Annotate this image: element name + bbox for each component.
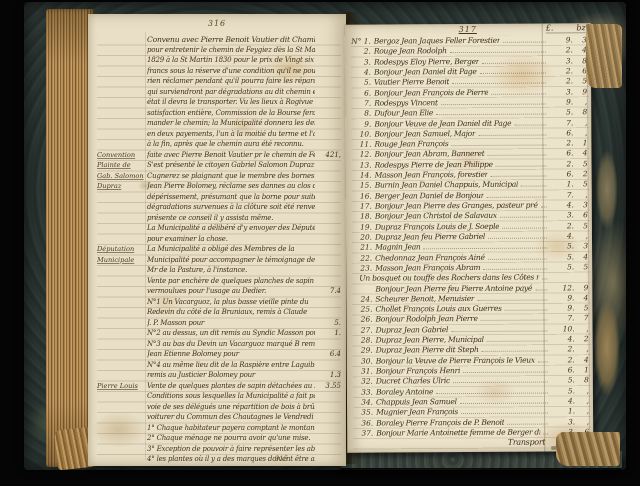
- manuscript-text: Convenu avec Pierre Benoit Vautier dit C…: [147, 35, 315, 44]
- manuscript-line: à la fin, après que le chemin aura été r…: [97, 140, 341, 151]
- entry-number: 14.: [352, 171, 375, 180]
- entry-number: 17.: [352, 202, 375, 211]
- amount-livres: 9.: [549, 97, 573, 106]
- dotted-leader: [478, 134, 546, 135]
- entry-name: Dupraz Jean Gabriel: [376, 325, 449, 334]
- entry-name: Masson Jean François, forestier: [375, 170, 488, 180]
- manuscript-text: Mr de la Pasture, à l'instance.: [147, 266, 315, 274]
- amount-batz: 5: [574, 303, 590, 312]
- left-page-manuscript: Convenu avec Pierre Benoit Vautier dit C…: [97, 35, 341, 462]
- manuscript-text: rien réclamer pendant qu'il pourra faire…: [147, 77, 315, 85]
- amount-livres: 10.: [551, 324, 575, 333]
- dotted-leader: [487, 196, 547, 197]
- manuscript-line: dépérissement, présumant que la borne po…: [97, 193, 341, 204]
- amount-livres: 6.: [549, 128, 573, 137]
- entry-number: 37.: [353, 428, 376, 437]
- right-page: 317 £. bz N° 1.Bergoz Jean Jaques Feller…: [345, 23, 594, 452]
- entry-name: Bonjour la Veuve de Pierre François le V…: [376, 355, 535, 365]
- entry-name: Rodespys Eloy Pierre, Berger: [374, 57, 479, 67]
- dotted-leader: [450, 52, 546, 54]
- manuscript-line: La Municipalité a délibéré d'y envoyer d…: [97, 224, 341, 235]
- entry-name: Burnin Jean Daniel Chappuis, Municipal: [375, 180, 519, 190]
- entry-name: Masson Jean François Abram: [375, 263, 480, 273]
- amount-column-headers: £. bz: [546, 23, 586, 33]
- transport-label: Transport: [508, 438, 546, 447]
- amount-livres: 3.: [551, 417, 575, 426]
- manuscript-text: N°2 au dessus, un dit remis au Syndic Ma…: [147, 329, 315, 337]
- line-amount: 7.4: [315, 287, 341, 295]
- manuscript-text: présente ce conseil il y assista même.: [147, 214, 315, 222]
- manuscript-text: S'est présenté le citoyen Gabriel Salomo…: [147, 161, 315, 169]
- manuscript-line: Gab. SalomonCugnerez se plaignant que le…: [97, 172, 341, 183]
- entry-name: Rouge Jean Rodolph: [374, 46, 447, 55]
- manuscript-line: 1° Chaque habitateur payera comptant le …: [97, 424, 341, 435]
- dotted-leader: [503, 42, 546, 43]
- manuscript-line: N°1 Un Vacarguoz, la plus basse vieille …: [97, 298, 341, 309]
- manuscript-text: pour entretenir le chemin de Feygiez dès…: [147, 46, 315, 54]
- entry-number: 30.: [353, 356, 376, 365]
- manuscript-line: DuprazJean Pierre Bolomey, réclame ses d…: [97, 182, 341, 193]
- dotted-leader: [441, 103, 546, 105]
- dotted-leader: [483, 268, 547, 269]
- amount-livres: 5.: [551, 376, 575, 385]
- amount-batz: 5: [574, 262, 590, 271]
- amount-batz: ,: [575, 407, 591, 416]
- amount-livres: 5.: [550, 252, 574, 261]
- manuscript-text: 4° les plantes où il y a des marques doi…: [147, 455, 315, 463]
- entry-number: 12.: [351, 150, 374, 159]
- manuscript-line: remis au Justicier Bolomey pour1.3: [97, 371, 341, 382]
- manuscript-line: 3° Exception de pouvoir à faire représen…: [97, 445, 341, 456]
- dotted-leader: [505, 310, 548, 311]
- dotted-leader: [488, 237, 547, 238]
- amount-batz: 3: [574, 242, 590, 251]
- amount-livres: 5.: [551, 386, 575, 395]
- line-amount: 5.: [315, 319, 341, 327]
- amount-livres: 1.: [550, 180, 574, 189]
- manuscript-text: 1° Chaque habitateur payera comptant le …: [147, 424, 315, 432]
- manuscript-line: rien réclamer pendant qu'il pourra faire…: [97, 77, 341, 88]
- manuscript-line: vermoulues pour l'usage au Dedier.7.4: [97, 287, 341, 298]
- dotted-leader: [487, 155, 546, 156]
- amount-livres: 5.: [550, 242, 574, 251]
- entry-name: Dupraz Jean feu Pierre Gabriel: [375, 232, 485, 242]
- worn-leather-corner-top-right: [586, 24, 622, 88]
- entry-number: N° 1.: [351, 37, 374, 46]
- entry-name: Bonjour Jean Pierre des Granges, pasteur…: [375, 201, 539, 211]
- amount-batz: ,: [575, 324, 591, 333]
- entry-name: Rodespys Pierre de Jean Philippe: [375, 160, 493, 170]
- amount-livres: 2.: [551, 345, 575, 354]
- amount-batz: 7: [574, 314, 590, 323]
- amount-livres: 4.: [550, 200, 574, 209]
- manuscript-line: qui surviendront par dégradations au dit…: [97, 88, 341, 99]
- entry-name: Bonjour Jean Abram, Banneret: [374, 149, 484, 159]
- manuscript-text: N°1 Un Vacarguoz, la plus basse vieille …: [147, 298, 315, 306]
- dotted-leader: [482, 351, 548, 352]
- manuscript-text: 1829 à la St Martin 1830 pour le prix de…: [147, 56, 315, 64]
- entry-name: Scheurer Benoit, Menuisier: [375, 294, 474, 304]
- manuscript-text: Redevin du côté de la Bruniaux, remis à …: [147, 308, 315, 316]
- amount-livres: 1.: [551, 407, 575, 416]
- amount-batz: ,: [573, 118, 589, 127]
- entry-number: 9.: [351, 119, 374, 128]
- entry-name: Boraley Antoine: [376, 387, 433, 396]
- dotted-leader: [460, 402, 548, 404]
- entry-number: 18.: [352, 212, 375, 221]
- amount-batz: 6: [574, 211, 590, 220]
- amount-livres: 5.: [549, 108, 573, 117]
- entry-number: 3.: [351, 57, 374, 66]
- entry-name: Chappuis Jean Samuel: [376, 397, 457, 406]
- dotted-leader: [535, 289, 547, 290]
- dotted-leader: [492, 93, 547, 94]
- manuscript-line: 5° les bois devront être coupés et débar…: [97, 466, 341, 467]
- amount-livres: 7.: [550, 314, 574, 323]
- manuscript-text: Conditions sous lesquelles la Municipali…: [147, 392, 315, 400]
- entry-number: 32.: [353, 377, 376, 386]
- dotted-leader: [436, 114, 546, 116]
- amount-batz: 5: [574, 221, 590, 230]
- amount-batz: ,: [575, 386, 591, 395]
- manuscript-text: Vente par enchère de quelques planches d…: [147, 277, 315, 285]
- entry-name: Dupraz Jean Pierre, Municipal: [376, 335, 484, 345]
- manuscript-line: Pierre LouisVente de quelques plantes de…: [97, 382, 341, 393]
- entry-number: 6.: [351, 88, 374, 97]
- amount-livres: 3.: [549, 56, 573, 65]
- manuscript-text: Vente de quelques plantes de sapin détac…: [147, 382, 315, 390]
- entry-number: 15.: [352, 181, 375, 190]
- amount-livres: 2.: [549, 138, 573, 147]
- amount-livres: 4.: [551, 396, 575, 405]
- amount-batz: 8: [575, 376, 591, 385]
- amount-batz: ,: [575, 345, 591, 354]
- manuscript-line: pour entretenir le chemin de Feygiez dès…: [97, 46, 341, 57]
- entry-name: Magnin Jean: [375, 243, 421, 252]
- margin-rubric: Députation: [97, 245, 147, 253]
- left-page-number: 316: [88, 19, 346, 28]
- manuscript-line: Mr de la Pasture, à l'instance.: [97, 266, 341, 277]
- manuscript-line: voiturer du Commun des Chautagnes le Ven…: [97, 413, 341, 424]
- manuscript-line: voie de ses délégués une répartition de …: [97, 403, 341, 414]
- margin-rubric: Convention: [97, 151, 147, 159]
- manuscript-text: 3° Exception de pouvoir à faire représen…: [147, 445, 315, 453]
- manuscript-line: Jean Etienne Bolomey pour6.4: [97, 350, 341, 361]
- manuscript-line: Plainte deS'est présenté le citoyen Gabr…: [97, 161, 341, 172]
- manuscript-text: remis au Justicier Bolomey pour: [147, 371, 315, 379]
- margin-rubric: Gab. Salomon: [97, 172, 147, 180]
- entry-number: 22.: [352, 253, 375, 262]
- entry-name: Bonjour Jean Christol de Salavaux: [375, 211, 497, 221]
- entry-number: 16.: [352, 191, 375, 200]
- manuscript-line: 2° Chaque ménage ne pourra avoir qu'une …: [97, 434, 341, 445]
- dotted-leader: [488, 258, 548, 259]
- entry-name: Bonjour Jean Daniel dit Page: [374, 67, 477, 77]
- manuscript-text: qui surviendront par dégradations au dit…: [147, 88, 315, 96]
- margin-rubric: Plainte de: [97, 161, 147, 169]
- manuscript-line: état il devra le transporter. Vu les lie…: [97, 98, 341, 109]
- amount-livres: 7.: [550, 190, 574, 199]
- manuscript-text: état il devra le transporter. Vu les lie…: [147, 98, 315, 106]
- amount-batz: 4: [573, 149, 589, 158]
- manuscript-line: Redevin du côté de la Bruniaux, remis à …: [97, 308, 341, 319]
- entry-name: Un bosquet ou touffe des Rochers dans le…: [359, 273, 539, 283]
- amount-batz: ,: [573, 128, 589, 137]
- entry-number: 21.: [352, 243, 375, 252]
- dotted-leader: [453, 382, 548, 384]
- entry-name: Ducret Charles Ulric: [376, 376, 450, 385]
- manuscript-line: dégradations survenues à la clôture soit…: [97, 203, 341, 214]
- line-amount: 1.3: [315, 371, 341, 379]
- margin-rubric: Municipale: [97, 256, 147, 264]
- amount-batz: 3: [574, 200, 590, 209]
- entry-number: 13.: [352, 160, 375, 169]
- manuscript-line: Vente par enchère de quelques planches d…: [97, 277, 341, 288]
- amount-livres: 2.: [549, 77, 573, 86]
- amount-livres: 12.: [550, 283, 574, 292]
- dotted-leader: [538, 361, 548, 362]
- dotted-leader: [521, 186, 547, 187]
- manuscript-text: voie de ses délégués une répartition de …: [147, 403, 315, 411]
- entry-name: Vautier Pierre Benoit: [374, 77, 449, 86]
- manuscript-text: en deux payements, l'un à la moitié du t…: [147, 130, 315, 138]
- entry-name: Berger Jean Daniel de Bonjour: [375, 191, 484, 201]
- amount-batz: ,: [575, 417, 591, 426]
- amount-batz: 4: [574, 293, 590, 302]
- manuscript-text: mander le chemin; la Municipalité donner…: [147, 119, 315, 127]
- manuscript-line: DéputationLa Municipalité a obligé des M…: [97, 245, 341, 256]
- manuscript-line: francs sous la réserve d'une condition q…: [97, 67, 341, 78]
- entry-number: 10.: [351, 129, 374, 138]
- dotted-leader: [436, 392, 548, 394]
- line-amount: 421,: [315, 151, 341, 159]
- entry-name: Dupraz François Louis de J. Soeple: [375, 221, 500, 231]
- amount-livres: 7.: [549, 118, 573, 127]
- entry-number: 26.: [352, 315, 375, 324]
- manuscript-text: La Municipalité a obligé des Membres de …: [147, 245, 315, 253]
- amount-livres: 4.: [550, 231, 574, 240]
- entry-number: 20.: [352, 233, 375, 242]
- dotted-leader: [496, 165, 547, 166]
- dotted-leader: [500, 217, 547, 218]
- manuscript-text: à la fin, après que le chemin aura été r…: [147, 140, 315, 148]
- worn-patch-right-edge: [596, 150, 618, 230]
- amount-livres: 9.: [550, 303, 574, 312]
- dotted-leader: [452, 145, 547, 147]
- manuscript-text: francs sous la réserve d'une condition q…: [147, 67, 315, 75]
- entry-name: Dupraz Jean Pierre dit Steph: [376, 345, 479, 355]
- dotted-leader: [477, 299, 547, 300]
- entry-number: 7.: [351, 98, 374, 107]
- amount-batz: 1: [573, 138, 589, 147]
- entry-name: Boraley Pierre François de P. Benoit: [376, 417, 504, 427]
- amount-batz: 5: [574, 159, 590, 168]
- manuscript-text: La Municipalité a délibéré d'y envoyer d…: [147, 224, 315, 232]
- manuscript-text: Jean Pierre Bolomey, réclame ses dannes …: [147, 182, 315, 190]
- amount-livres: 2.: [550, 159, 574, 168]
- manuscript-text: Jean Etienne Bolomey pour: [147, 350, 315, 358]
- manuscript-line: N°3 au bas du Devin un Vacarguoz marqué …: [97, 340, 341, 351]
- manuscript-text: vermoulues pour l'usage au Dedier.: [147, 287, 315, 295]
- manuscript-line: 4° les plantes où il y a des marques doi…: [97, 455, 341, 466]
- entry-number: 8.: [351, 109, 374, 118]
- manuscript-line: satisfaction entière, Commission de la B…: [97, 109, 341, 120]
- amount-livres: 2.: [549, 46, 573, 55]
- manuscript-line: Conventionfaite avec Pierre Benoit Vauti…: [97, 151, 341, 162]
- manuscript-text: J. P. Masson pour: [147, 319, 315, 327]
- worn-leather-corner-bottom-right: [556, 432, 620, 466]
- manuscript-text: satisfaction entière, Commission de la B…: [147, 109, 315, 117]
- entry-number: 2.: [351, 47, 374, 56]
- amount-batz: 4: [574, 252, 590, 261]
- dotted-leader: [451, 330, 547, 332]
- entry-number: 27.: [353, 325, 376, 334]
- manuscript-line: en deux payements, l'un à la moitié du t…: [97, 130, 341, 141]
- amount-batz: 9: [574, 283, 590, 292]
- manuscript-text: N°4 au même lieu dit de la Raspière entr…: [147, 361, 315, 369]
- manuscript-line: mander le chemin; la Municipalité donner…: [97, 119, 341, 130]
- left-page-footer-mark: 915: [275, 455, 288, 463]
- line-amount: 6.4: [315, 350, 341, 358]
- entry-number: 29.: [353, 346, 376, 355]
- entry-name: Bonjour Veuve de Jean Daniel dit Page: [374, 118, 511, 128]
- page-fore-edge: [46, 9, 94, 467]
- entry-number: 24.: [352, 294, 375, 303]
- entry-number: 25.: [352, 305, 375, 314]
- dotted-leader: [542, 279, 547, 280]
- entry-name: Dufour Jean Elie: [374, 108, 433, 117]
- entry-name: Bonjour Jean François de Pierre: [374, 87, 488, 97]
- manuscript-text: Municipalité pour accompagner le témoign…: [147, 256, 315, 264]
- manuscript-text: dépérissement, présumant que la borne po…: [147, 193, 315, 201]
- manuscript-line: présente ce conseil il y assista même.: [97, 214, 341, 225]
- manuscript-text: Cugnerez se plaignant que le membre des …: [147, 172, 315, 180]
- entry-number: 35.: [353, 408, 376, 417]
- amount-livres: 4.: [551, 334, 575, 343]
- entry-number: 4.: [351, 68, 374, 77]
- entry-name: Rodespys Vincent: [374, 98, 438, 107]
- amount-batz: ,: [573, 97, 589, 106]
- amount-batz: ,: [575, 396, 591, 405]
- entry-name: Chedonnaz Jean François Ainé: [375, 252, 485, 262]
- manuscript-text: pour examiner la chose.: [147, 235, 315, 243]
- margin-rubric: Dupraz: [97, 182, 147, 190]
- entry-name: Rouge Jean François: [374, 139, 448, 148]
- entry-number: 28.: [353, 336, 376, 345]
- entry-number: 36.: [353, 418, 376, 427]
- entry-name: Bonjour Jean Samuel, Major: [374, 129, 475, 139]
- entry-number: 19.: [352, 222, 375, 231]
- amount-batz: ,: [574, 190, 590, 199]
- entry-number: 33.: [353, 387, 376, 396]
- amount-batz: 8: [573, 107, 589, 116]
- dotted-leader: [543, 433, 548, 434]
- dotted-leader: [481, 320, 548, 321]
- entry-name: Bergoz Jean Jaques Feller Forestier: [374, 36, 500, 46]
- amount-batz: 9: [573, 87, 589, 96]
- entry-name: Bonjour François Henri: [376, 366, 460, 376]
- amount-batz: 5: [574, 180, 590, 189]
- entry-number: 34.: [353, 398, 376, 407]
- amount-batz: 1: [575, 365, 591, 374]
- amount-livres: 9.: [550, 293, 574, 302]
- amount-livres: 3.: [550, 211, 574, 220]
- dotted-leader: [541, 207, 547, 208]
- amount-batz: 4: [575, 355, 591, 364]
- amount-livres: 2.: [551, 355, 575, 364]
- scanned-book-photo: 316 Convenu avec Pierre Benoit Vautier d…: [0, 0, 640, 486]
- manuscript-text: faite avec Pierre Benoit Vautier pr le c…: [147, 151, 315, 159]
- amount-livres: 2.: [549, 66, 573, 75]
- dotted-leader: [491, 176, 547, 177]
- amount-batz: 2: [575, 334, 591, 343]
- manuscript-line: J. P. Masson pour5.: [97, 319, 341, 330]
- dotted-leader: [482, 62, 546, 63]
- entry-number: 23.: [352, 263, 375, 272]
- manuscript-line: N°4 au même lieu dit de la Raspière entr…: [97, 361, 341, 372]
- left-page: 316 Convenu avec Pierre Benoit Vautier d…: [88, 14, 346, 466]
- manuscript-text: N°3 au bas du Devin un Vacarguoz marqué …: [147, 340, 315, 348]
- dotted-leader: [514, 124, 546, 125]
- dotted-leader: [508, 423, 549, 424]
- amount-batz: ,: [574, 231, 590, 240]
- manuscript-line: MunicipaleMunicipalité pour accompagner …: [97, 256, 341, 267]
- manuscript-line: Convenu avec Pierre Benoit Vautier dit C…: [97, 35, 341, 46]
- dotted-leader: [463, 372, 548, 374]
- amount-livres: 6.: [550, 169, 574, 178]
- entry-number: 11.: [351, 140, 374, 149]
- manuscript-text: voiturer du Commun des Chautagnes le Ven…: [147, 413, 315, 421]
- entry-name: Bonjour Marie Antoinette femme de Berger…: [376, 427, 540, 437]
- ledger-entries: N° 1.Bergoz Jean Jaques Feller Forestier…: [351, 35, 592, 450]
- manuscript-text: dégradations survenues à la clôture soit…: [147, 203, 315, 211]
- dotted-leader: [502, 227, 547, 228]
- dotted-leader: [487, 341, 548, 342]
- manuscript-line: N°2 au dessus, un dit remis au Syndic Ma…: [97, 329, 341, 340]
- batz-column-header: bz: [576, 23, 585, 32]
- entry-name: Chollet François Louis aux Guerres: [375, 304, 501, 314]
- amount-batz: 2: [574, 169, 590, 178]
- line-amount: 3.55: [315, 382, 341, 390]
- dotted-leader: [461, 413, 548, 415]
- manuscript-text: 2° Chaque ménage ne pourra avoir qu'une …: [147, 434, 315, 442]
- entry-number: 5.: [351, 78, 374, 87]
- manuscript-line: pour examiner la chose.: [97, 235, 341, 246]
- amount-livres: 3.: [549, 87, 573, 96]
- entry-name: Bonjour Rodolph Jean Pierre: [375, 314, 477, 324]
- worn-patch-right-edge-lower: [594, 300, 620, 396]
- manuscript-line: Conditions sous lesquelles la Municipali…: [97, 392, 341, 403]
- livres-column-header: £.: [546, 23, 554, 32]
- amount-livres: 5.: [550, 262, 574, 271]
- entry-name: Bonjour Jean Pierre feu Pierre Antoine p…: [375, 283, 532, 293]
- amount-livres: 6.: [549, 149, 573, 158]
- manuscript-text: 5° les bois devront être coupés et débar…: [147, 466, 315, 467]
- dotted-leader: [452, 83, 546, 85]
- manuscript-line: 1829 à la St Martin 1830 pour le prix de…: [97, 56, 341, 67]
- dotted-leader: [480, 72, 546, 73]
- amount-livres: 2.: [550, 221, 574, 230]
- margin-rubric: Pierre Louis: [97, 382, 147, 390]
- entry-name: Mugnier Jean François: [376, 407, 458, 417]
- dotted-leader: [424, 248, 548, 250]
- amount-livres: 9.: [549, 35, 573, 44]
- amount-livres: 6.: [551, 365, 575, 374]
- entry-number: 31.: [353, 367, 376, 376]
- line-amount: 1.: [315, 329, 341, 337]
